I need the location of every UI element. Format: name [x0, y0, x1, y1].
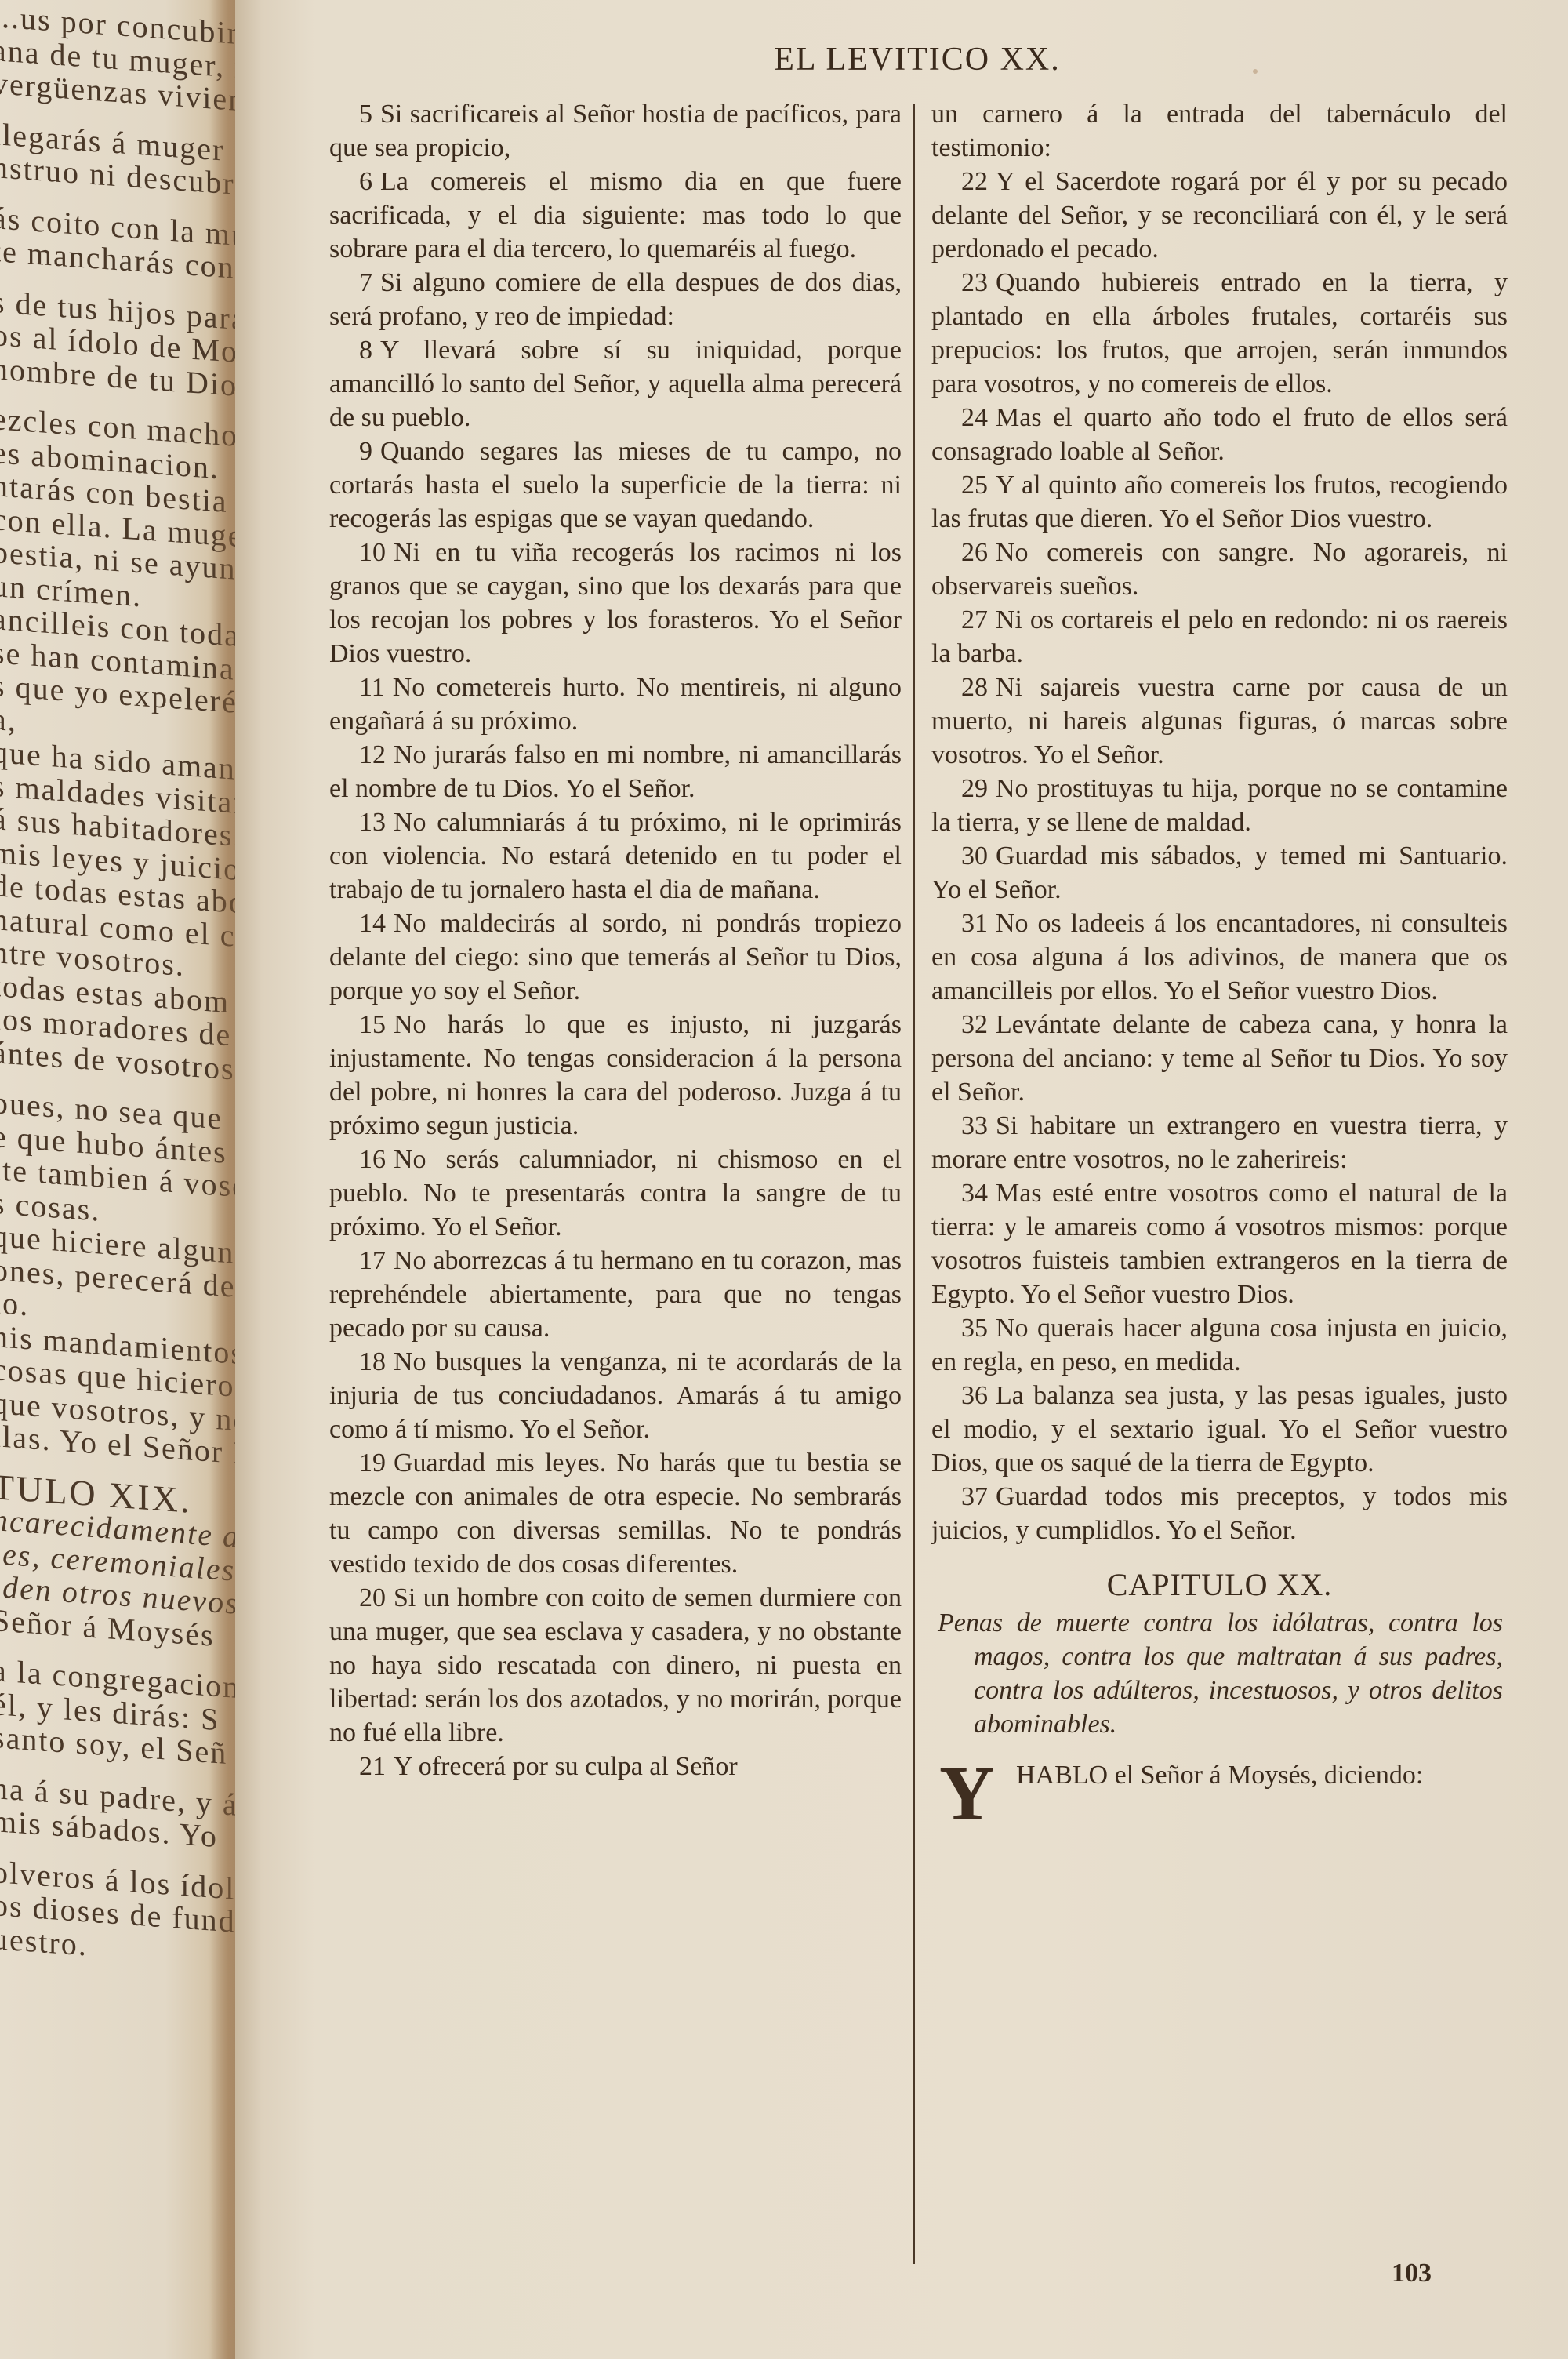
- verse-text: Si un hombre con coito de semen durmiere…: [329, 1583, 902, 1747]
- running-head: EL LEVITICO XX.: [235, 41, 1568, 78]
- verse-number: 12: [359, 740, 386, 769]
- verse-number: 19: [359, 1448, 386, 1478]
- verse-text: Ni os cortareis el pelo en redondo: ni o…: [931, 605, 1508, 668]
- paper-speck: [1253, 69, 1258, 74]
- verse-text: No aborrezcas á tu hermano en tu corazon…: [329, 1246, 902, 1343]
- verse: 33Si habitare un extrangero en vuestra t…: [931, 1109, 1508, 1176]
- verse-number: 34: [961, 1179, 988, 1208]
- verse: 14No maldecirás al sordo, ni pondrás tro…: [329, 907, 902, 1008]
- verse: 30Guardad mis sábados, y temed mi Santua…: [931, 839, 1508, 907]
- verse-text: No serás calumniador, ni chismoso en el …: [329, 1145, 902, 1241]
- verse-text: Guardad mis sábados, y temed mi Santuari…: [931, 841, 1508, 904]
- verse-text: Guardad mis leyes. No harás que tu besti…: [329, 1448, 902, 1579]
- verse: 35No querais hacer alguna cosa injusta e…: [931, 1311, 1508, 1379]
- verse-number: 13: [359, 808, 386, 837]
- opening-text: HABLO el Señor á Moysés, diciendo:: [1016, 1758, 1508, 1792]
- verse: 37Guardad todos mis preceptos, y todos m…: [931, 1480, 1508, 1547]
- chapter-summary: Penas de muerte contra los idólatras, co…: [938, 1606, 1503, 1741]
- verse: 25Y al quinto año comereis los frutos, r…: [931, 468, 1508, 536]
- verse: 23Quando hubiereis entrado en la tierra,…: [931, 266, 1508, 401]
- verse-number: 36: [961, 1381, 988, 1410]
- verse-text: No os ladeeis á los encantadores, ni con…: [931, 909, 1508, 1005]
- verse: 15No harás lo que es injusto, ni juzgará…: [329, 1008, 902, 1143]
- verse: 17No aborrezcas á tu hermano en tu coraz…: [329, 1244, 902, 1345]
- verse: 22Y el Sacerdote rogará por él y por su …: [931, 165, 1508, 266]
- verse-number: 15: [359, 1010, 386, 1039]
- verse-number: 14: [359, 909, 386, 938]
- verse: 11No cometereis hurto. No mentireis, ni …: [329, 671, 902, 738]
- verse-number: 28: [961, 673, 988, 702]
- verse-number: 24: [961, 403, 988, 432]
- verse-text: No calumniarás á tu próximo, ni le oprim…: [329, 808, 902, 904]
- verse-continuation: un carnero á la entrada del tabernáculo …: [931, 97, 1508, 165]
- verse-number: 20: [359, 1583, 386, 1612]
- verse: 34Mas esté entre vosotros como el natura…: [931, 1176, 1508, 1311]
- verse-text: Quando segares las mieses de tu campo, n…: [329, 437, 902, 533]
- verse-number: 7: [359, 268, 372, 297]
- verse: 24Mas el quarto año todo el fruto de ell…: [931, 401, 1508, 468]
- verse: 10Ni en tu viña recogerás los racimos ni…: [329, 536, 902, 671]
- verse-text: No prostituyas tu hija, porque no se con…: [931, 774, 1508, 837]
- paper-speck: [1143, 994, 1147, 998]
- verse-number: 23: [961, 268, 988, 297]
- verse-text: No querais hacer alguna cosa injusta en …: [931, 1314, 1508, 1376]
- verse: 16No serás calumniador, ni chismoso en e…: [329, 1143, 902, 1244]
- verse-number: 8: [359, 336, 372, 365]
- verse-number: 29: [961, 774, 988, 803]
- verse-text: No busques la venganza, ni te acordarás …: [329, 1347, 902, 1444]
- verse: 29No prostituyas tu hija, porque no se c…: [931, 772, 1508, 839]
- verse-text: Si habitare un extrangero en vuestra tie…: [931, 1111, 1508, 1174]
- verse: 5Si sacrificareis al Señor hostia de pac…: [329, 97, 902, 165]
- verse-text: No maldecirás al sordo, ni pondrás tropi…: [329, 909, 902, 1005]
- verse-text: Ni en tu viña recogerás los racimos ni l…: [329, 538, 902, 668]
- column-divider: [913, 104, 915, 2264]
- verse-text: Levántate delante de cabeza cana, y honr…: [931, 1010, 1508, 1107]
- verse: 19Guardad mis leyes. No harás que tu bes…: [329, 1446, 902, 1581]
- verse-text: No comereis con sangre. No agorareis, ni…: [931, 538, 1508, 601]
- verse: 12No jurarás falso en mi nombre, ni aman…: [329, 738, 902, 805]
- verse-text: Mas esté entre vosotros como el natural …: [931, 1179, 1508, 1309]
- verse: 36La balanza sea justa, y las pesas igua…: [931, 1379, 1508, 1480]
- verse-number: 30: [961, 841, 988, 871]
- verse-number: 17: [359, 1246, 386, 1275]
- verse: 27Ni os cortareis el pelo en redondo: ni…: [931, 603, 1508, 671]
- left-facing-page: ...us por concubinaana de tu muger, nive…: [0, 0, 235, 2359]
- verse: 6La comereis el mismo dia en que fuere s…: [329, 165, 902, 266]
- verse-number: 32: [961, 1010, 988, 1039]
- verse: 8Y llevará sobre sí su iniquidad, porque…: [329, 333, 902, 434]
- verse-text: Y llevará sobre sí su iniquidad, porque …: [329, 336, 902, 432]
- verse-number: 21: [359, 1752, 386, 1781]
- column-left: 5Si sacrificareis al Señor hostia de pac…: [329, 97, 902, 1783]
- verse: 18No busques la venganza, ni te acordará…: [329, 1345, 902, 1446]
- verse-number: 31: [961, 909, 988, 938]
- verse-text: Y el Sacerdote rogará por él y por su pe…: [931, 167, 1508, 264]
- verse: 31No os ladeeis á los encantadores, ni c…: [931, 907, 1508, 1008]
- drop-cap: Y: [939, 1760, 995, 1827]
- verse: 13No calumniarás á tu próximo, ni le opr…: [329, 805, 902, 907]
- verse-text: No jurarás falso en mi nombre, ni amanci…: [329, 740, 902, 803]
- verse-text: Ni sajareis vuestra carne por causa de u…: [931, 673, 1508, 769]
- right-verses: 22Y el Sacerdote rogará por él y por su …: [931, 165, 1508, 1547]
- verse-text: La balanza sea justa, y las pesas iguale…: [931, 1381, 1508, 1478]
- verse-number: 37: [961, 1482, 988, 1511]
- verse-number: 27: [961, 605, 988, 634]
- verse: 7Si alguno comiere de ella despues de do…: [329, 266, 902, 333]
- verse-text: La comereis el mismo dia en que fuere sa…: [329, 167, 902, 264]
- page-number: 103: [1392, 2259, 1432, 2288]
- left-page-text-fragments: ...us por concubinaana de tu muger, nive…: [0, 0, 227, 1972]
- verse-text: Mas el quarto año todo el fruto de ellos…: [931, 403, 1508, 466]
- verse-number: 22: [961, 167, 988, 196]
- verse: 9Quando segares las mieses de tu campo, …: [329, 434, 902, 536]
- chapter-opening: Y HABLO el Señor á Moysés, diciendo:: [931, 1758, 1508, 1829]
- verse: 28Ni sajareis vuestra carne por causa de…: [931, 671, 1508, 772]
- verse-text: No cometereis hurto. No mentireis, ni al…: [329, 673, 902, 736]
- verse: 26No comereis con sangre. No agorareis, …: [931, 536, 1508, 603]
- verse: 20Si un hombre con coito de semen durmie…: [329, 1581, 902, 1750]
- verse-number: 16: [359, 1145, 386, 1174]
- verse-number: 26: [961, 538, 988, 567]
- verse: 21Y ofrecerá por su culpa al Señor: [329, 1750, 902, 1783]
- verse-text: Si sacrificareis al Señor hostia de pací…: [329, 100, 902, 162]
- verse-text: Y al quinto año comereis los frutos, rec…: [931, 471, 1508, 533]
- verse-number: 6: [359, 167, 372, 196]
- verse-number: 10: [359, 538, 386, 567]
- verse-number: 5: [359, 100, 372, 129]
- verse-number: 11: [359, 673, 385, 702]
- verse-number: 25: [961, 471, 988, 500]
- verse-number: 9: [359, 437, 372, 466]
- verse-text: Quando hubiereis entrado en la tierra, y…: [931, 268, 1508, 398]
- verse-number: 35: [961, 1314, 988, 1343]
- verse-text: Si alguno comiere de ella despues de dos…: [329, 268, 902, 331]
- verse-number: 18: [359, 1347, 386, 1376]
- verse: 32Levántate delante de cabeza cana, y ho…: [931, 1008, 1508, 1109]
- verse-text: Guardad todos mis preceptos, y todos mis…: [931, 1482, 1508, 1545]
- verse-text: Y ofrecerá por su culpa al Señor: [394, 1752, 738, 1781]
- verse-number: 33: [961, 1111, 988, 1140]
- column-right: un carnero á la entrada del tabernáculo …: [931, 97, 1508, 1829]
- chapter-title: CAPITULO XX.: [931, 1568, 1508, 1601]
- verse-text: No harás lo que es injusto, ni juzgarás …: [329, 1010, 902, 1140]
